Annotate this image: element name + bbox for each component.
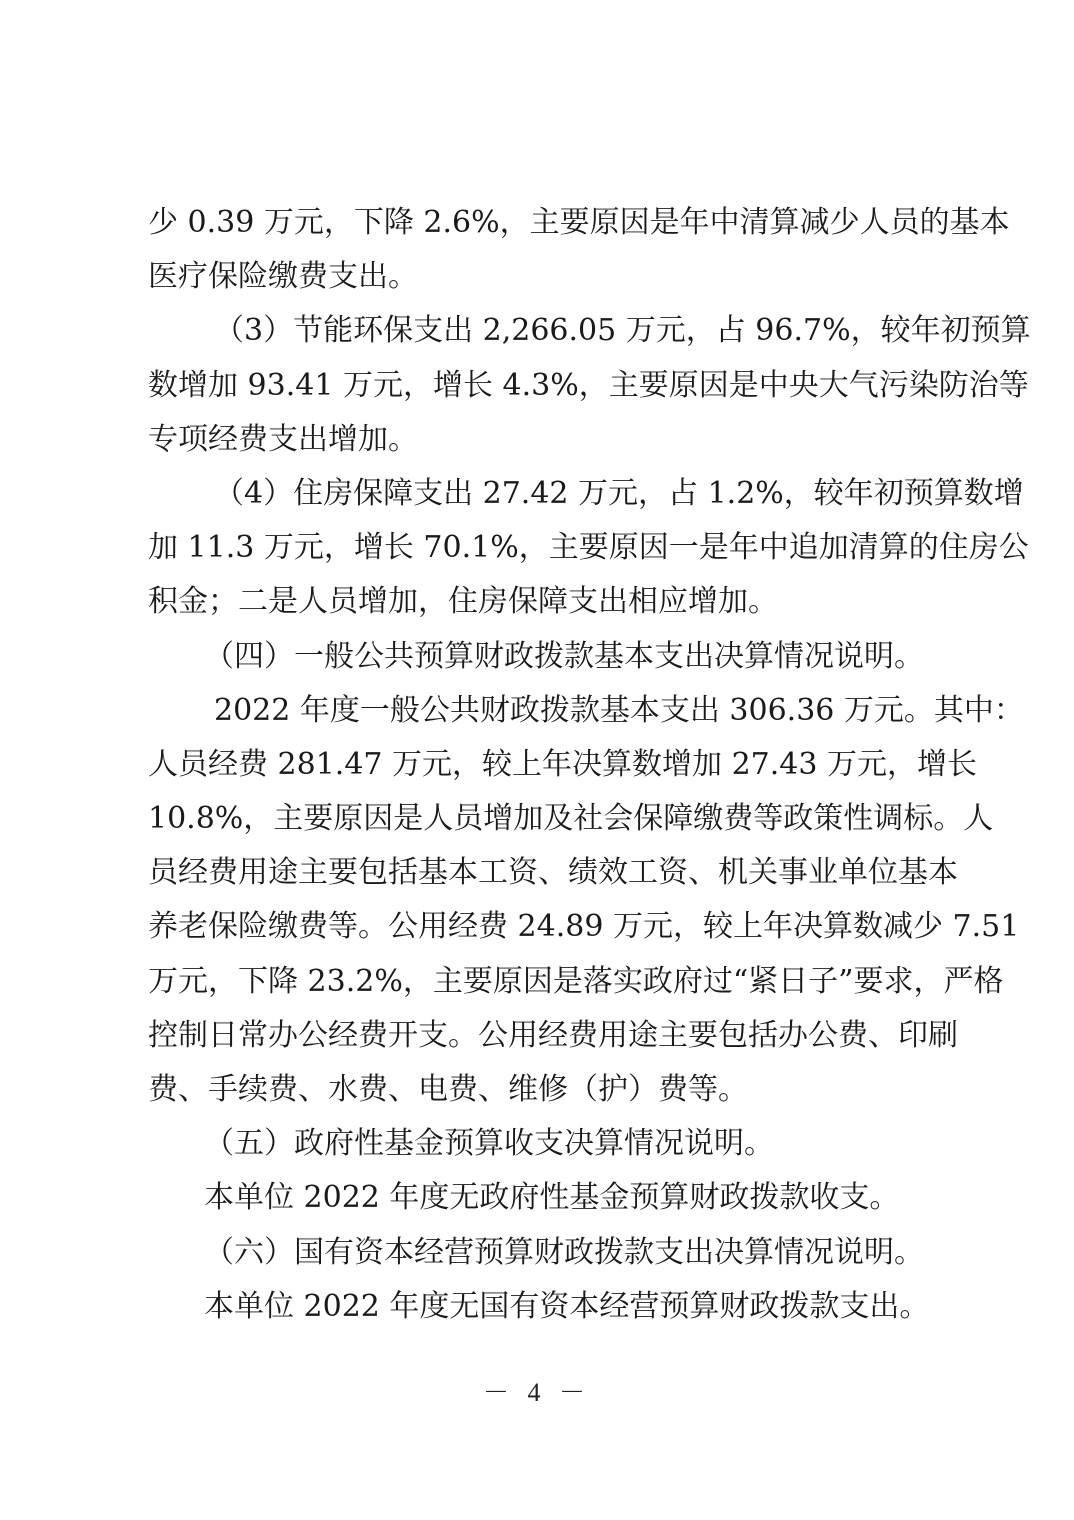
section-heading-4: （四）一般公共预算财政拨款基本支出决算情况说明。 — [148, 630, 948, 684]
paragraph-line: 少 0.39 万元，下降 2.6%，主要原因是年中清算减少人员的基本 — [148, 196, 948, 250]
paragraph-line: 医疗保险缴费支出。 — [148, 250, 948, 304]
section-heading-5: （五）政府性基金预算收支决算情况说明。 — [148, 1117, 948, 1171]
paragraph-line: 万元，下降 23.2%，主要原因是落实政府过“紧日子”要求，严格 — [148, 955, 948, 1009]
paragraph-line: （3）节能环保支出 2,266.05 万元，占 96.7%，较年初预算 — [148, 304, 948, 358]
paragraph-line: 专项经费支出增加。 — [148, 413, 948, 467]
paragraph-line: 本单位 2022 年度无政府性基金预算财政拨款收支。 — [148, 1171, 948, 1225]
paragraph-line: （4）住房保障支出 27.42 万元，占 1.2%，较年初预算数增 — [148, 467, 948, 521]
section-heading-6: （六）国有资本经营预算财政拨款支出决算情况说明。 — [148, 1226, 948, 1280]
paragraph-line: 积金；二是人员增加，住房保障支出相应增加。 — [148, 575, 948, 629]
document-page: 少 0.39 万元，下降 2.6%，主要原因是年中清算减少人员的基本 医疗保险缴… — [0, 0, 1074, 1520]
paragraph-line: 10.8%，主要原因是人员增加及社会保障缴费等政策性调标。人 — [148, 792, 948, 846]
document-body: 少 0.39 万元，下降 2.6%，主要原因是年中清算减少人员的基本 医疗保险缴… — [148, 196, 948, 1334]
paragraph-line: 数增加 93.41 万元，增长 4.3%，主要原因是中央大气污染防治等 — [148, 359, 948, 413]
paragraph-line: 控制日常办公经费开支。公用经费用途主要包括办公费、印刷 — [148, 1009, 948, 1063]
page-number: － 4 － — [0, 1372, 1074, 1409]
paragraph-line: 2022 年度一般公共财政拨款基本支出 306.36 万元。其中： — [148, 684, 948, 738]
paragraph-line: 费、手续费、水费、电费、维修（护）费等。 — [148, 1063, 948, 1117]
paragraph-line: 员经费用途主要包括基本工资、绩效工资、机关事业单位基本 — [148, 846, 948, 900]
paragraph-line: 养老保险缴费等。公用经费 24.89 万元，较上年决算数减少 7.51 — [148, 900, 948, 954]
paragraph-line: 人员经费 281.47 万元，较上年决算数增加 27.43 万元，增长 — [148, 738, 948, 792]
paragraph-line: 本单位 2022 年度无国有资本经营预算财政拨款支出。 — [148, 1280, 948, 1334]
paragraph-line: 加 11.3 万元，增长 70.1%，主要原因一是年中追加清算的住房公 — [148, 521, 948, 575]
